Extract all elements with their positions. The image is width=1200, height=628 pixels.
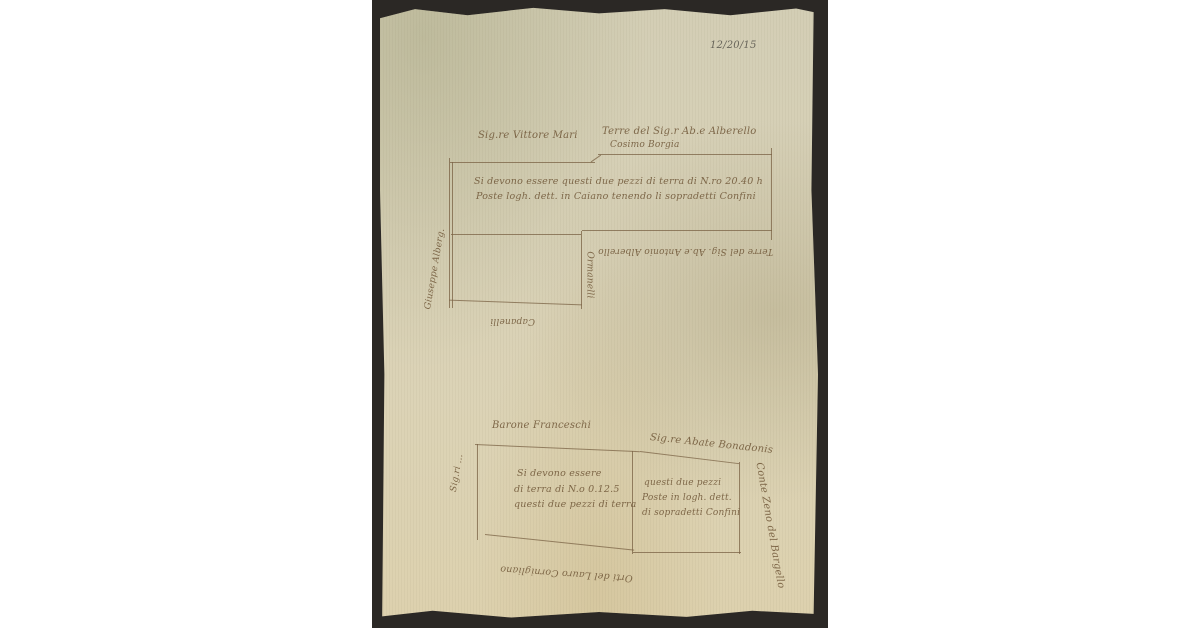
upper-north-right-label-1: Terre del Sig.r Ab.e Alberello xyxy=(602,126,757,137)
lower-left-inscription-line-2: di terra di N.o 0.12.5 xyxy=(514,484,620,495)
catalog-number: 12/20/15 xyxy=(710,40,757,51)
lower-right-inscription-line-1: questi due pezzi xyxy=(644,478,721,488)
upper-east-label: Terre del Sig. Ab.e Antonio Alberello xyxy=(598,246,773,256)
upper-plot-top-edge-right xyxy=(598,154,772,155)
upper-plot-mid-divider-right xyxy=(582,230,772,231)
upper-inscription-line-2: Poste logh. dett. in Caiano tenendo li s… xyxy=(476,191,756,202)
lower-plot-bottom-edge-right xyxy=(633,552,741,553)
manuscript-page xyxy=(380,6,818,620)
upper-inner-label: Ormanelli xyxy=(585,251,595,298)
lower-right-inscription-line-2: Poste in logh. dett. xyxy=(642,493,732,503)
upper-inscription-line-1: Si devono essere questi due pezzi di ter… xyxy=(474,176,763,187)
lower-left-inscription-line-3: questi due pezzi di terra xyxy=(514,499,637,510)
upper-plot-left-edge xyxy=(449,158,450,308)
lower-plot-left-edge xyxy=(477,444,478,540)
upper-south-label: Capanelli xyxy=(490,316,535,326)
lower-right-inscription-line-3: di sopradetti Confini xyxy=(642,508,740,518)
lower-left-inscription-line-1: Si devono essere xyxy=(517,468,602,479)
upper-plot-inner-right xyxy=(581,231,582,309)
upper-north-right-label-2: Cosimo Borgia xyxy=(610,140,680,150)
upper-north-left-label: Sig.re Vittore Mari xyxy=(478,130,578,141)
upper-plot-top-edge-left xyxy=(450,162,595,163)
upper-plot-right-edge xyxy=(771,148,772,240)
upper-plot-mid-divider-left xyxy=(451,234,581,235)
lower-north-left-label: Barone Franceschi xyxy=(492,420,591,431)
